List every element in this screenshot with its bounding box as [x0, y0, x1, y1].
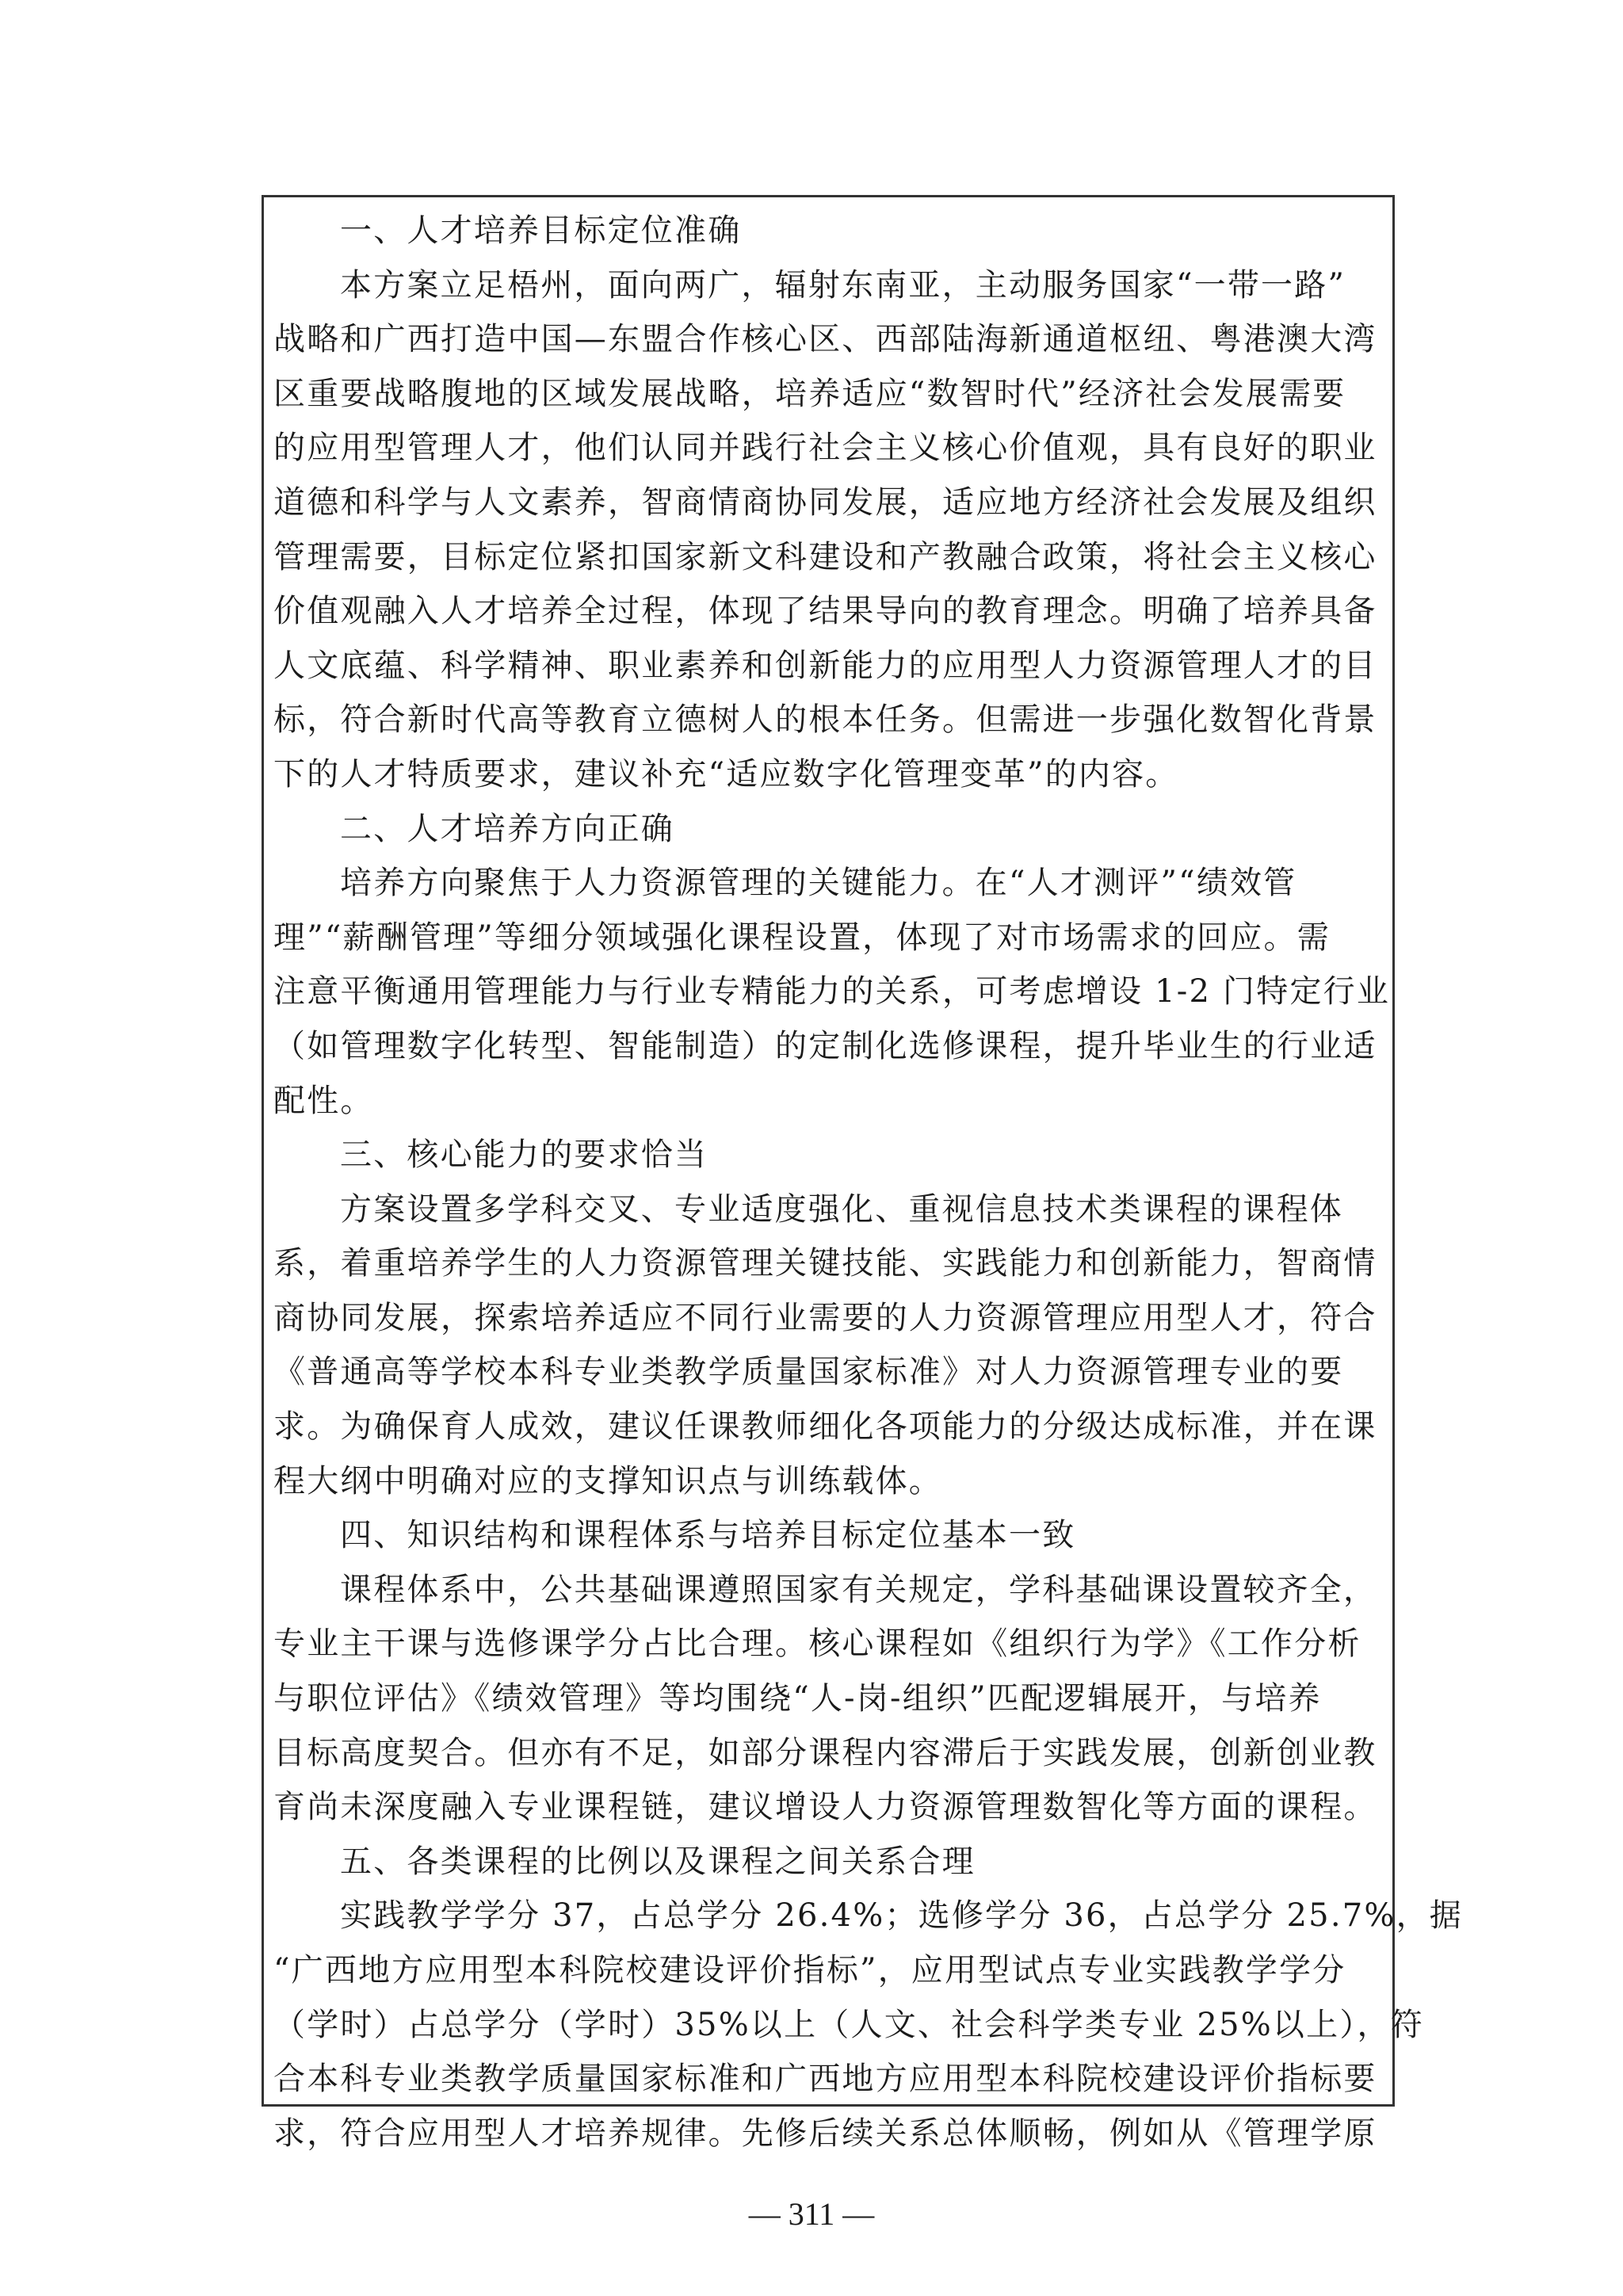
paragraph-line: 本方案立足梧州，面向两广，辐射东南亚，主动服务国家“一带一路”: [273, 258, 1383, 313]
paragraph-line: 方案设置多学科交叉、专业适度强化、重视信息技术类课程的课程体: [273, 1182, 1383, 1237]
paragraph-line: 系，着重培养学生的人力资源管理关键技能、实践能力和创新能力，智商情: [273, 1236, 1383, 1291]
paragraph-line: 标，符合新时代高等教育立德树人的根本任务。但需进一步强化数智化背景: [273, 693, 1383, 747]
paragraph-line: 育尚未深度融入专业课程链，建议增设人力资源管理数智化等方面的课程。: [273, 1780, 1383, 1835]
content-frame: 一、人才培养目标定位准确本方案立足梧州，面向两广，辐射东南亚，主动服务国家“一带…: [262, 195, 1395, 2107]
paragraph-line: （如管理数字化转型、智能制造）的定制化选修课程，提升毕业生的行业适: [273, 1019, 1383, 1074]
paragraph-line: 人文底蕴、科学精神、职业素养和创新能力的应用型人力资源管理人才的目: [273, 639, 1383, 693]
paragraph-line: 价值观融入人才培养全过程，体现了结果导向的教育理念。明确了培养具备: [273, 584, 1383, 639]
paragraph-line: 商协同发展，探索培养适应不同行业需要的人力资源管理应用型人才，符合: [273, 1291, 1383, 1346]
paragraph-line: 程大纲中明确对应的支撑知识点与训练载体。: [273, 1454, 1383, 1509]
paragraph-line: 与职位评估》《绩效管理》等均围绕“人-岗-组织”匹配逻辑展开，与培养: [273, 1671, 1383, 1726]
section-heading: 五、各类课程的比例以及课程之间关系合理: [273, 1835, 1383, 1889]
paragraph-line: 下的人才特质要求，建议补充“适应数字化管理变革”的内容。: [273, 747, 1383, 802]
document-body: 一、人才培养目标定位准确本方案立足梧州，面向两广，辐射东南亚，主动服务国家“一带…: [273, 204, 1383, 2160]
paragraph-line: 《普通高等学校本科专业类教学质量国家标准》对人力资源管理专业的要: [273, 1345, 1383, 1400]
paragraph-line: 道德和科学与人文素养，智商情商协同发展，适应地方经济社会发展及组织: [273, 476, 1383, 530]
paragraph-line: 合本科专业类教学质量国家标准和广西地方应用型本科院校建设评价指标要: [273, 2052, 1383, 2107]
paragraph-line: 的应用型管理人才，他们认同并践行社会主义核心价值观，具有良好的职业: [273, 421, 1383, 476]
page-number: — 311 —: [0, 2195, 1623, 2233]
paragraph-line: 课程体系中，公共基础课遵照国家有关规定，学科基础课设置较齐全，: [273, 1563, 1383, 1618]
paragraph-line: 区重要战略腹地的区域发展战略，培养适应“数智时代”经济社会发展需要: [273, 367, 1383, 422]
paragraph-line: 目标高度契合。但亦有不足，如部分课程内容滞后于实践发展，创新创业教: [273, 1726, 1383, 1781]
section-heading: 一、人才培养目标定位准确: [273, 204, 1383, 258]
paragraph-line: 培养方向聚焦于人力资源管理的关键能力。在“人才测评”“绩效管: [273, 856, 1383, 911]
paragraph-line: 求，符合应用型人才培养规律。先修后续关系总体顺畅，例如从《管理学原: [273, 2107, 1383, 2161]
paragraph-line: 战略和广西打造中国—东盟合作核心区、西部陆海新通道枢纽、粤港澳大湾: [273, 312, 1383, 367]
paragraph-line: 求。为确保育人成效，建议任课教师细化各项能力的分级达成标准，并在课: [273, 1400, 1383, 1454]
paragraph-line: （学时）占总学分（学时）35%以上（人文、社会科学类专业 25%以上），符: [273, 1998, 1383, 2053]
paragraph-line: “广西地方应用型本科院校建设评价指标”，应用型试点专业实践教学学分: [273, 1943, 1383, 1998]
section-heading: 三、核心能力的要求恰当: [273, 1128, 1383, 1182]
paragraph-line: 注意平衡通用管理能力与行业专精能力的关系，可考虑增设 1-2 门特定行业: [273, 965, 1383, 1019]
paragraph-line: 配性。: [273, 1074, 1383, 1129]
paragraph-line: 理”“薪酬管理”等细分领域强化课程设置，体现了对市场需求的回应。需: [273, 911, 1383, 965]
paragraph-line: 管理需要，目标定位紧扣国家新文科建设和产教融合政策，将社会主义核心: [273, 530, 1383, 585]
section-heading: 二、人才培养方向正确: [273, 802, 1383, 857]
paragraph-line: 实践教学学分 37，占总学分 26.4%；选修学分 36，占总学分 25.7%，…: [273, 1889, 1383, 1943]
section-heading: 四、知识结构和课程体系与培养目标定位基本一致: [273, 1508, 1383, 1563]
paragraph-line: 专业主干课与选修课学分占比合理。核心课程如《组织行为学》《工作分析: [273, 1617, 1383, 1671]
